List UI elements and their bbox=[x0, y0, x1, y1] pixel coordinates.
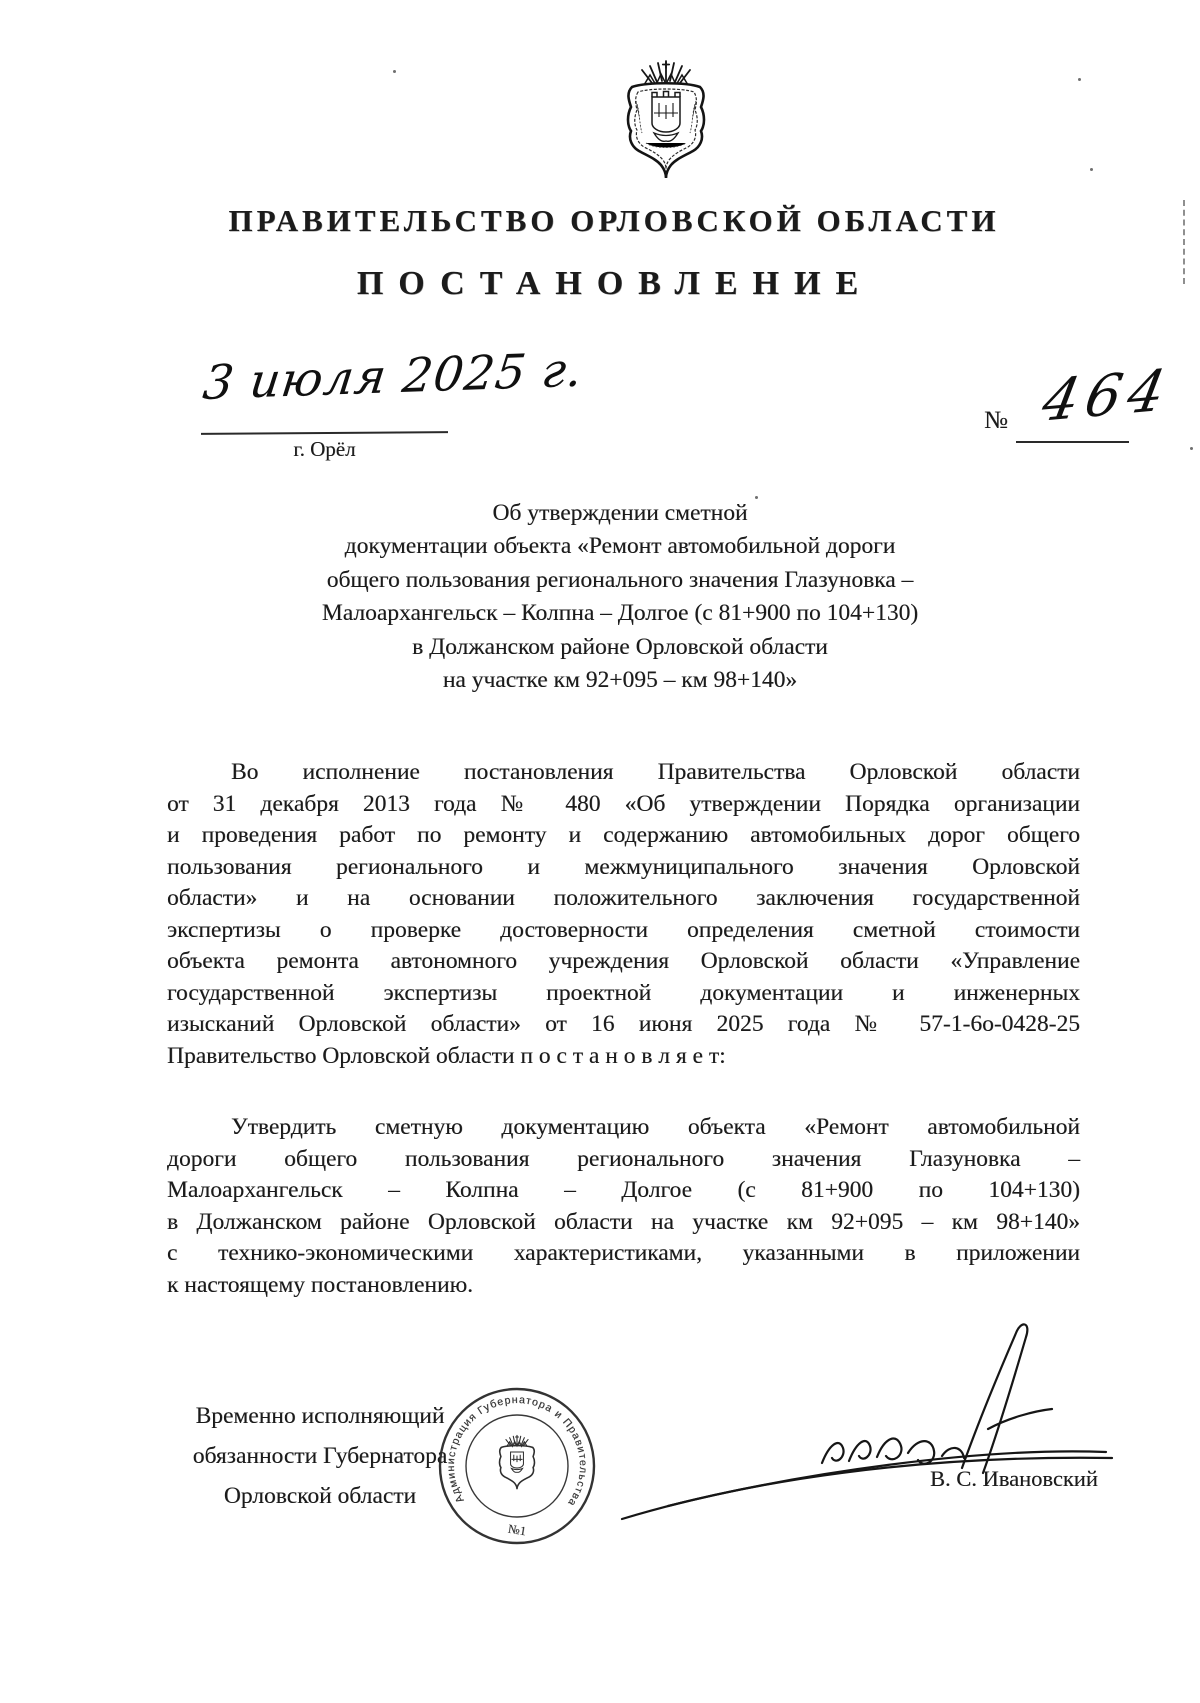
signatory-position: Временно исполняющийобязанности Губернат… bbox=[188, 1396, 452, 1516]
paragraph-resolution: Утвердить сметную документацию объекта «… bbox=[167, 1112, 1080, 1301]
body-line: от 31 декабря 2013 года № 480 «Об утверж… bbox=[167, 789, 1080, 821]
oryol-oblast-coat-of-arms-icon bbox=[618, 58, 714, 184]
scan-speck bbox=[1190, 447, 1193, 450]
body-line: Во исполнение постановления Правительств… bbox=[167, 757, 1080, 789]
number-sign: № bbox=[984, 407, 1008, 435]
handwritten-number: 464 bbox=[1037, 357, 1177, 435]
body-line: в Должанском районе Орловской области на… bbox=[167, 1207, 1080, 1239]
scan-speck bbox=[1090, 168, 1093, 171]
title-line: на участке км 92+095 – км 98+140» bbox=[283, 664, 957, 697]
org-name: ПРАВИТЕЛЬСТВО ОРЛОВСКОЙ ОБЛАСТИ bbox=[0, 203, 1200, 239]
position-line: Орловской области bbox=[188, 1476, 452, 1516]
title-line: Об утверждении сметной bbox=[283, 497, 957, 530]
stamp-number: №1 bbox=[507, 1522, 527, 1539]
body-line: объекта ремонта автономного учреждения О… bbox=[167, 946, 1080, 978]
scan-speck bbox=[755, 496, 758, 499]
round-seal-stamp: Администрация Губернатора и Правительств… bbox=[437, 1386, 597, 1546]
scanned-decree-page: ПРАВИТЕЛЬСТВО ОРЛОВСКОЙ ОБЛАСТИ ПОСТАНОВ… bbox=[0, 0, 1200, 1703]
position-line: обязанности Губернатора bbox=[188, 1436, 452, 1476]
body-line: Правительство Орловской области п о с т … bbox=[167, 1041, 1080, 1073]
body-line: Утвердить сметную документацию объекта «… bbox=[167, 1112, 1080, 1144]
city-label: г. Орёл bbox=[201, 437, 448, 462]
title-line: общего пользования регионального значени… bbox=[283, 564, 957, 597]
number-underline bbox=[1016, 441, 1129, 443]
body-line: государственной экспертизы проектной док… bbox=[167, 978, 1080, 1010]
stamp-coat-of-arms bbox=[500, 1435, 535, 1489]
svg-text:Администрация Губернатора и Пр: Администрация Губернатора и Правительств… bbox=[445, 1394, 589, 1509]
doc-type-title: ПОСТАНОВЛЕНИЕ bbox=[0, 265, 1200, 303]
body-line: пользования регионального и межмуниципал… bbox=[167, 852, 1080, 884]
handwritten-date: 3 июля 2025 г. bbox=[200, 342, 586, 411]
stamp-ring-text: Администрация Губернатора и Правительств… bbox=[445, 1394, 589, 1509]
body-line: дороги общего пользования регионального … bbox=[167, 1144, 1080, 1176]
decree-title: Об утверждении сметнойдокументации объек… bbox=[283, 497, 957, 697]
body-line: к настоящему постановлению. bbox=[167, 1270, 1080, 1302]
scan-speck bbox=[393, 70, 396, 73]
paragraph-preamble: Во исполнение постановления Правительств… bbox=[167, 757, 1080, 1072]
handwritten-signature bbox=[600, 1303, 1120, 1528]
body-line: экспертизы о проверке достоверности опре… bbox=[167, 915, 1080, 947]
body-line: и проведения работ по ремонту и содержан… bbox=[167, 820, 1080, 852]
body-line: изысканий Орловской области» от 16 июня … bbox=[167, 1009, 1080, 1041]
scan-speck bbox=[170, 1222, 173, 1225]
body-line: Малоархангельск – Колпна – Долгое (с 81+… bbox=[167, 1175, 1080, 1207]
body-line: с технико-экономическими характеристикам… bbox=[167, 1238, 1080, 1270]
date-underline bbox=[201, 431, 448, 435]
body-line: области» и на основании положительного з… bbox=[167, 883, 1080, 915]
scan-artifact-dashed-line bbox=[1183, 200, 1185, 284]
title-line: документации объекта «Ремонт автомобильн… bbox=[283, 530, 957, 563]
scan-speck bbox=[1078, 78, 1081, 81]
title-line: Малоархангельск – Колпна – Долгое (с 81+… bbox=[283, 597, 957, 630]
title-line: в Должанском районе Орловской области bbox=[283, 631, 957, 664]
position-line: Временно исполняющий bbox=[188, 1396, 452, 1436]
